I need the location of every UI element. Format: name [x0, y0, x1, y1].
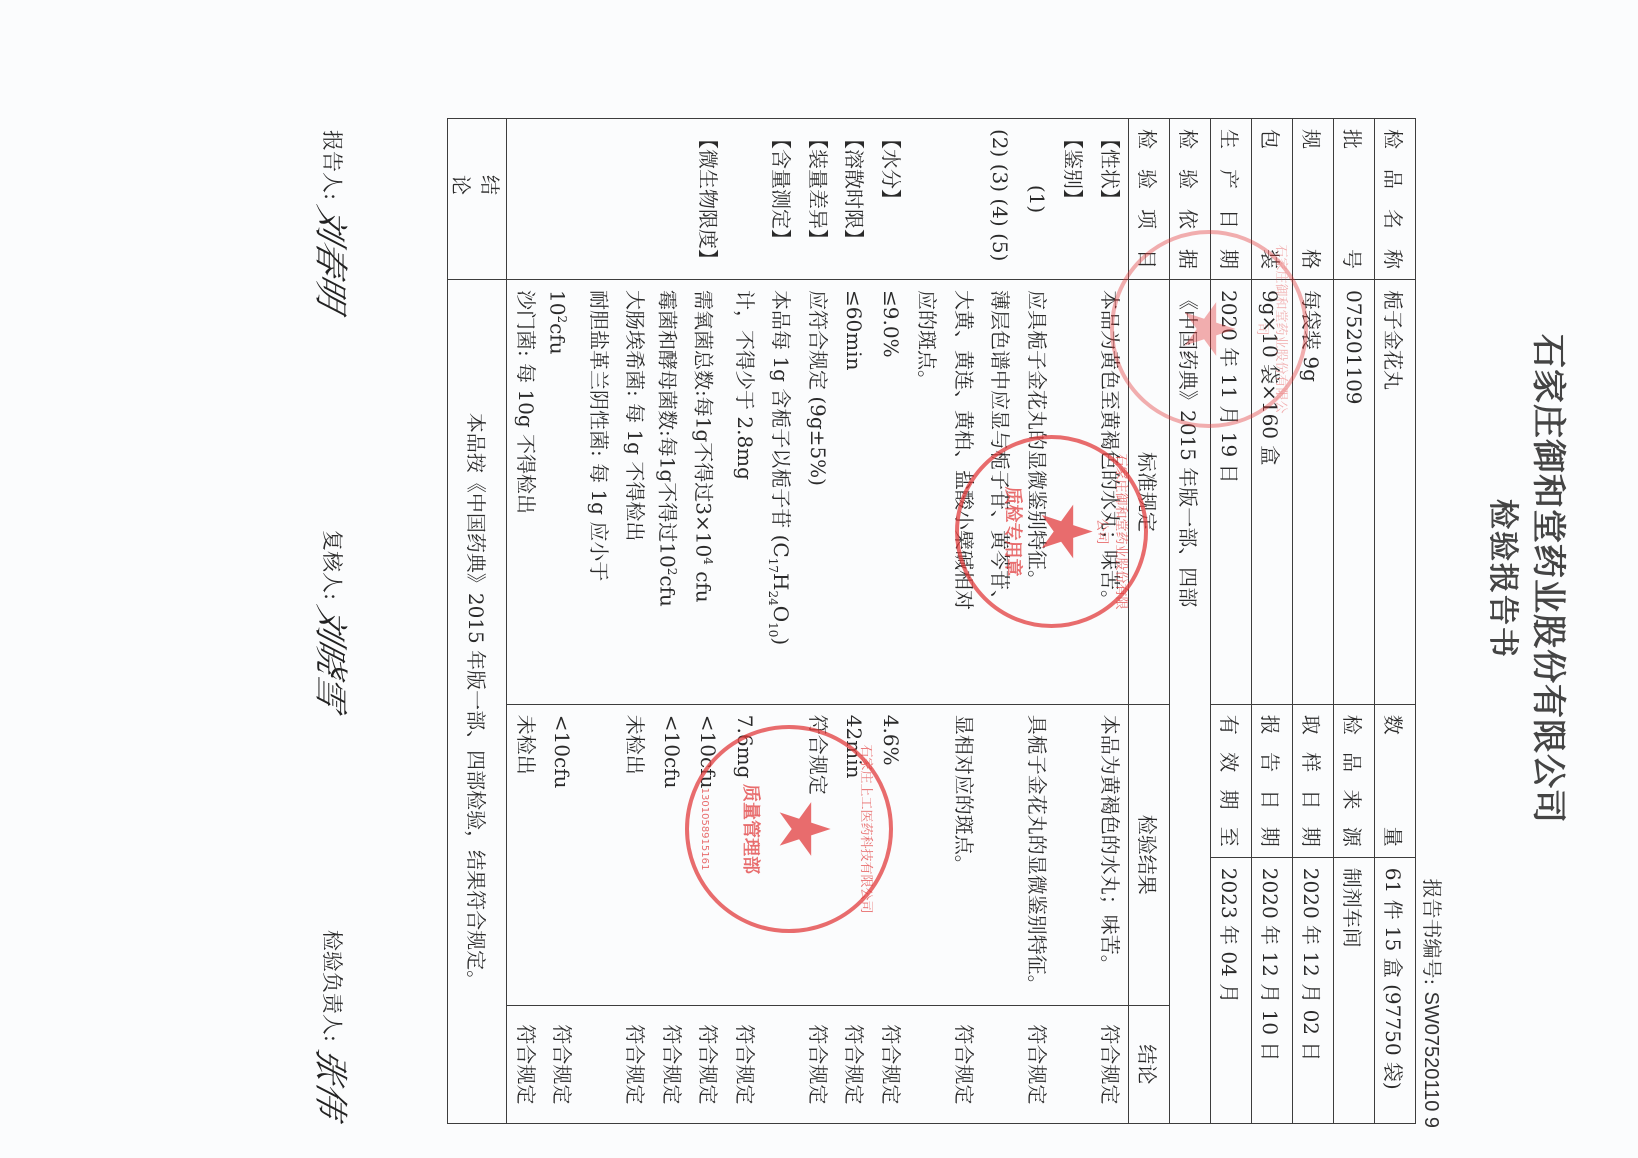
- res-dissolution: 42min: [836, 715, 873, 995]
- con-aerobic: 符合规定: [690, 1016, 727, 1113]
- inspection-table: 检品名称 栀子金花丸 数 量 61 件 15 盒 (97750 袋) 批 号 0…: [448, 118, 1417, 1124]
- label-source: 检品来源: [1334, 704, 1375, 857]
- res-ecoli: 未检出: [617, 715, 654, 995]
- row-batch: 批 号 075201109 检品来源 制剂车间: [1334, 119, 1375, 1124]
- item-moisture: 【水分】: [873, 129, 910, 269]
- reporter-label: 报告人:: [319, 130, 349, 200]
- con-bile: 符合规定: [544, 1016, 581, 1113]
- con-dissolution: 符合规定: [836, 1016, 873, 1113]
- std-mold: 霉菌和酵母菌数:每1g不得过102cfu: [654, 290, 691, 694]
- header-item: 检验项目: [1129, 119, 1170, 280]
- value-report-date: 2020 年 12 月 10 日: [1252, 857, 1293, 1123]
- reporter-signature: 报告人: 刘春明: [309, 130, 358, 310]
- label-batch: 批 号: [1334, 119, 1375, 280]
- std-moisture: ≤9.0%: [873, 290, 910, 694]
- item-assay: 【含量测定】: [763, 129, 800, 269]
- label-quantity: 数 量: [1375, 704, 1416, 857]
- res-mold: <10cfu: [654, 715, 691, 995]
- res-assay: 7.6mg: [727, 715, 764, 995]
- value-batch: 075201109: [1334, 280, 1375, 705]
- final-conclusion-text: 本品按《中国药典》2015 年版一部、四部检验，结果符合规定。: [448, 280, 507, 1124]
- res-bile: <10cfu: [544, 715, 581, 995]
- report-page: 石家庄御和堂药业股份有限公司 检验报告书 报告书编号: SW07520110 9…: [0, 0, 1638, 1158]
- reviewer-label: 复核人:: [319, 530, 349, 600]
- supervisor-handwriting: 张伟: [309, 1043, 358, 1124]
- std-bile-line1: 耐胆盐革兰阴性菌: 每 1g 应小于: [581, 290, 618, 694]
- std-ident-2-line1: 薄层色谱中应显与栀子苷、黄芩苷、: [982, 290, 1019, 694]
- value-sample-date: 2020 年 12 月 02 日: [1293, 857, 1334, 1123]
- items-column: 【性状】 【鉴别】 (1) (2) (3) (4) (5) 【水分】 【溶散时限…: [507, 119, 1129, 280]
- supervisor-signature: 检验负责人: 张伟: [309, 930, 358, 1118]
- final-conclusion-row: 结 论 本品按《中国药典》2015 年版一部、四部检验，结果符合规定。: [448, 119, 507, 1124]
- con-mold: 符合规定: [654, 1016, 691, 1113]
- final-conclusion-label: 结 论: [448, 119, 507, 280]
- row-package: 包 装 9g×10 袋×160 盒 报告日期 2020 年 12 月 10 日: [1252, 119, 1293, 1124]
- value-source: 制剂车间: [1334, 857, 1375, 1123]
- row-production-date: 生产日期 2020 年 11 月 19 日 有效期至 2023 年 04 月: [1211, 119, 1252, 1124]
- res-ident-1: 具栀子金花丸的显微鉴别特征。: [1019, 715, 1056, 995]
- value-package: 9g×10 袋×160 盒: [1252, 280, 1293, 705]
- label-expiry: 有效期至: [1211, 704, 1252, 857]
- value-quantity: 61 件 15 盒 (97750 袋): [1375, 857, 1416, 1123]
- conclusions-column: 符合规定 符合规定 符合规定 符合规定 符合规定 符合规定 符合规定 符合规定 …: [507, 1005, 1129, 1123]
- con-salmonella: 符合规定: [508, 1016, 545, 1113]
- label-spec: 规 格: [1293, 119, 1334, 280]
- item-weight-variation: 【装量差异】: [800, 129, 837, 269]
- row-product-name: 检品名称 栀子金花丸 数 量 61 件 15 盒 (97750 袋): [1375, 119, 1416, 1124]
- res-moisture: 4.6%: [873, 715, 910, 995]
- label-basis: 检验依据: [1170, 119, 1211, 280]
- std-character: 本品为黄色至黄褐色的水丸；味苦。: [1092, 290, 1129, 694]
- con-character: 符合规定: [1092, 1016, 1129, 1113]
- res-aerobic: <10cfu: [690, 715, 727, 995]
- results-column: 本品为黄褐色的水丸；味苦。 具栀子金花丸的显微鉴别特征。 显相对应的斑点。 4.…: [507, 704, 1129, 1005]
- res-ident-2: 显相对应的斑点。: [946, 715, 983, 995]
- item-identification: 【鉴别】: [1055, 129, 1092, 269]
- label-product-name: 检品名称: [1375, 119, 1416, 280]
- con-moisture: 符合规定: [873, 1016, 910, 1113]
- report-number: 报告书编号: SW07520110 9: [1419, 878, 1448, 1128]
- reviewer-signature: 复核人: 刘晓雪: [309, 530, 358, 710]
- res-salmonella: 未检出: [508, 715, 545, 995]
- item-microbial: 【微生物限度】: [690, 129, 727, 269]
- label-sample-date: 取样日期: [1293, 704, 1334, 857]
- item-character: 【性状】: [1092, 129, 1129, 269]
- con-weight-variation: 符合规定: [800, 1016, 837, 1113]
- column-header-row: 检验项目 标准规定 检验结果 结论: [1129, 119, 1170, 1124]
- standards-column: 本品为黄色至黄褐色的水丸；味苦。 应具栀子金花丸的显微鉴别特征。 薄层色谱中应显…: [507, 280, 1129, 705]
- std-salmonella: 沙门菌: 每 10g 不得检出: [508, 290, 545, 694]
- supervisor-label: 检验负责人:: [319, 930, 349, 1042]
- res-character: 本品为黄褐色的水丸；味苦。: [1092, 715, 1129, 995]
- con-ident-1: 符合规定: [1019, 1016, 1056, 1113]
- label-package: 包 装: [1252, 119, 1293, 280]
- con-assay: 符合规定: [727, 1016, 764, 1113]
- row-basis: 检验依据 《中国药典》2015 年版一部、四部: [1170, 119, 1211, 1124]
- res-weight-variation: 符合规定: [800, 715, 837, 995]
- value-basis: 《中国药典》2015 年版一部、四部: [1170, 280, 1211, 1124]
- value-expiry: 2023 年 04 月: [1211, 857, 1252, 1123]
- item-dissolution: 【溶散时限】: [836, 129, 873, 269]
- company-name: 石家庄御和堂药业股份有限公司: [1527, 0, 1576, 1158]
- header-result: 检验结果: [1129, 704, 1170, 1005]
- item-ident-2-5: (2) (3) (4) (5): [982, 129, 1019, 269]
- std-assay-line1: 本品每 1g 含栀子以栀子苷 (C17H24O10): [763, 290, 800, 694]
- reporter-handwriting: 刘春明: [309, 202, 358, 317]
- label-production-date: 生产日期: [1211, 119, 1252, 280]
- std-ident-2-line3: 应的斑点。: [909, 290, 946, 694]
- header-standard: 标准规定: [1129, 280, 1170, 705]
- value-spec: 每袋装 9g: [1293, 280, 1334, 705]
- document-title: 检验报告书: [1484, 0, 1528, 1158]
- std-dissolution: ≤60min: [836, 290, 873, 694]
- report-number-label: 报告书编号:: [1420, 878, 1444, 985]
- std-ecoli: 大肠埃希菌: 每 1g 不得检出: [617, 290, 654, 694]
- std-ident-2-line2: 大黄、黄连、黄柏、盐酸小檗碱相对: [946, 290, 983, 694]
- std-aerobic: 需氧菌总数:每1g不得过3×104 cfu: [690, 290, 727, 694]
- std-weight-variation: 应符合规定 (9g±5%): [800, 290, 837, 694]
- test-body: 【性状】 【鉴别】 (1) (2) (3) (4) (5) 【水分】 【溶散时限…: [507, 119, 1129, 1124]
- con-ident-2: 符合规定: [946, 1016, 983, 1113]
- label-report-date: 报告日期: [1252, 704, 1293, 857]
- std-ident-1: 应具栀子金花丸的显微鉴别特征。: [1019, 290, 1056, 694]
- report-number-value: SW07520110 9: [1420, 992, 1442, 1128]
- value-production-date: 2020 年 11 月 19 日: [1211, 280, 1252, 705]
- item-ident-1: (1): [1019, 129, 1056, 269]
- row-spec: 规 格 每袋装 9g 取样日期 2020 年 12 月 02 日: [1293, 119, 1334, 1124]
- signature-area: 报告人: 刘春明 复核人: 刘晓雪 检验负责人: 张伟: [309, 130, 358, 1118]
- std-assay-line2: 计，不得少于 2.8mg: [727, 290, 764, 694]
- reviewer-handwriting: 刘晓雪: [309, 601, 358, 716]
- header-conclusion: 结论: [1129, 1005, 1170, 1123]
- std-bile-line2: 102cfu: [544, 290, 581, 694]
- value-product-name: 栀子金花丸: [1375, 280, 1416, 705]
- con-ecoli: 符合规定: [617, 1016, 654, 1113]
